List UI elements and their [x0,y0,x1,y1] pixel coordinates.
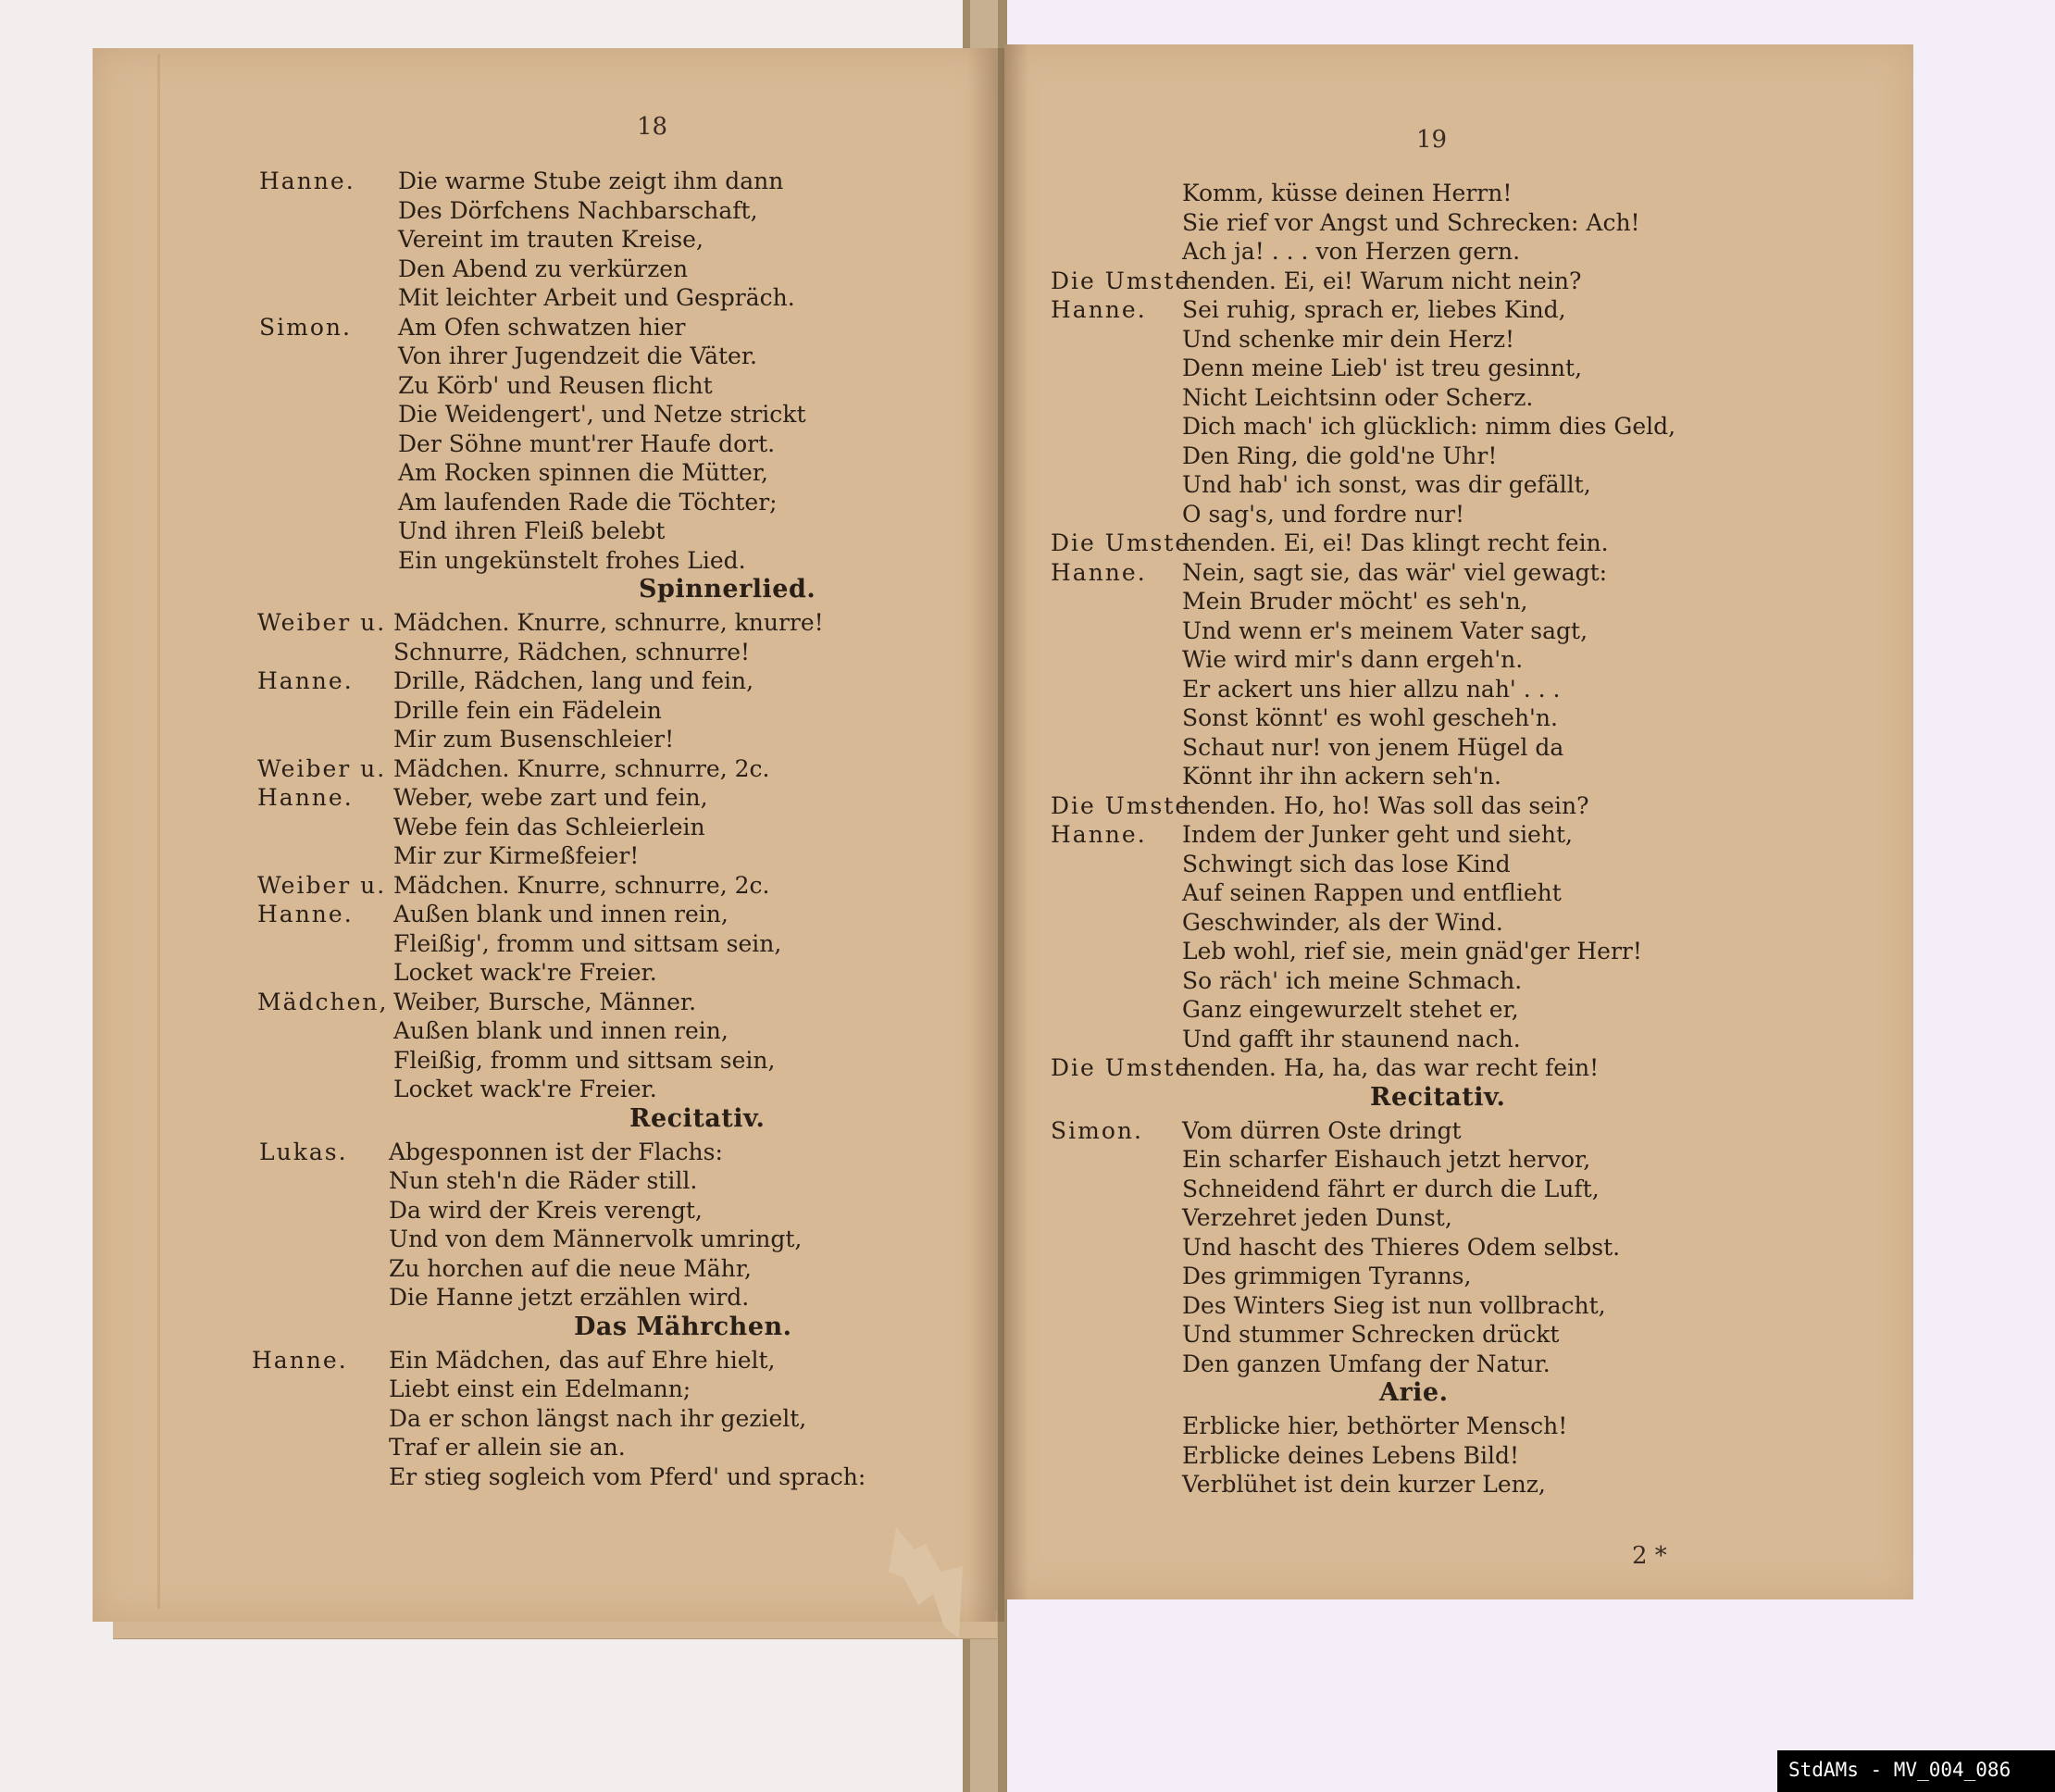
verse-text: Vom dürren Oste dringt [1182,1116,1462,1146]
verse-text: Außen blank und innen rein, [393,900,729,929]
verse-line: Und hascht des Thieres Odem selbst. [1051,1233,1884,1263]
verse-text: Da er schon längst nach ihr gezielt, [389,1404,806,1434]
verse-line: Fleißig', fromm und sittsam sein, [259,929,963,959]
verse-line: Nun steh'n die Räder still. [259,1166,963,1196]
right-spine-shadow [1004,44,1028,1599]
verse-text: Und ihren Fleiß belebt [398,516,665,546]
verse-line: Am Rocken spinnen die Mütter, [259,458,963,488]
speaker-name: Die Umste [1051,1053,1190,1083]
verse-text: Indem der Junker geht und sieht, [1182,820,1573,850]
verse-line: Simon.Am Ofen schwatzen hier [259,313,963,342]
verse-line: Webe fein das Schleierlein [259,813,963,842]
verse-line: Zu Körb' und Reusen flicht [259,371,963,401]
verse-text: Ein Mädchen, das auf Ehre hielt, [389,1346,776,1375]
verse-text: Nun steh'n die Räder still. [389,1166,697,1196]
verse-line: Weiber u.Mädchen. Knurre, schnurre, 2c. [259,871,963,901]
verse-line: Den ganzen Umfang der Natur. [1051,1350,1884,1379]
verse-text: Weiber, Bursche, Männer. [393,988,696,1017]
verse-text: Dich mach' ich glücklich: nimm dies Geld… [1182,412,1675,442]
left-page-text-1: Hanne.Die warme Stube zeigt ihm dannDes … [259,167,963,1491]
verse-line: Nicht Leichtsinn oder Scherz. [1051,383,1884,413]
verse-text: Liebt einst ein Edelmann; [389,1375,691,1404]
verse-text: Locket wack're Freier. [393,1075,657,1104]
verse-text: henden. Ha, ha, das war recht fein! [1182,1053,1599,1083]
verse-text: Locket wack're Freier. [393,958,657,988]
verse-text: Und hascht des Thieres Odem selbst. [1182,1233,1620,1263]
verse-line: Hanne.Indem der Junker geht und sieht, [1051,820,1884,850]
left-page: 18 Hanne.Die warme Stube zeigt ihm dannD… [93,48,995,1622]
verse-line: Den Ring, die gold'ne Uhr! [1051,442,1884,471]
section-heading: Recitativ. [259,1104,963,1138]
verse-text: Am Rocken spinnen die Mütter, [398,458,768,488]
verse-line: Leb wohl, rief sie, mein gnäd'ger Herr! [1051,937,1884,966]
verse-text: Wie wird mir's dann ergeh'n. [1182,645,1523,675]
speaker-name: Weiber u. [257,754,386,784]
verse-line: O sag's, und fordre nur! [1051,500,1884,529]
verse-text: henden. Ei, ei! Das klingt recht fein. [1182,529,1609,558]
page-number-right: 19 [1416,126,1447,154]
verse-text: Er ackert uns hier allzu nah' . . . [1182,675,1560,704]
verse-line: Mir zur Kirmeßfeier! [259,841,963,871]
verse-line: Und gafft ihr staunend nach. [1051,1025,1884,1054]
verse-text: Und von dem Männervolk umringt, [389,1225,802,1254]
verse-line: Des Winters Sieg ist nun vollbracht, [1051,1291,1884,1321]
verse-text: Erblicke hier, bethörter Mensch! [1182,1412,1567,1441]
verse-line: So räch' ich meine Schmach. [1051,966,1884,996]
verse-line: Ein scharfer Eishauch jetzt hervor, [1051,1145,1884,1175]
verse-text: Leb wohl, rief sie, mein gnäd'ger Herr! [1182,937,1642,966]
speaker-name: Lukas. [259,1138,348,1167]
verse-line: Die Umstehenden. Ho, ho! Was soll das se… [1051,791,1884,821]
verse-text: Verblühet ist dein kurzer Lenz, [1182,1470,1546,1500]
verse-line: Verblühet ist dein kurzer Lenz, [1051,1470,1884,1500]
verse-line: Fleißig, fromm und sittsam sein, [259,1046,963,1076]
verse-text: Nicht Leichtsinn oder Scherz. [1182,383,1533,413]
verse-text: Nein, sagt sie, das wär' viel gewagt: [1182,558,1607,588]
verse-line: Von ihrer Jugendzeit die Väter. [259,342,963,371]
speaker-name: Die Umste [1051,791,1190,821]
right-page: 19 Komm, küsse deinen Herrn!Sie rief vor… [1004,44,1913,1599]
verse-text: Abgesponnen ist der Flachs: [389,1138,723,1167]
verse-text: Weber, webe zart und fein, [393,783,708,813]
speaker-name: Simon. [1051,1116,1143,1146]
verse-line: Dich mach' ich glücklich: nimm dies Geld… [1051,412,1884,442]
verse-text: Schnurre, Rädchen, schnurre! [393,638,750,667]
verse-line: Ganz eingewurzelt stehet er, [1051,995,1884,1025]
verse-text: Fleißig', fromm und sittsam sein, [393,929,781,959]
verse-text: Von ihrer Jugendzeit die Väter. [398,342,757,371]
verse-text: Sonst könnt' es wohl gescheh'n. [1182,703,1558,733]
speaker-name: Die Umste [1051,267,1190,296]
verse-line: Am laufenden Rade die Töchter; [259,488,963,517]
archive-label-box: StdAMs - MV_004_086 [1777,1750,2055,1792]
verse-line: Und ihren Fleiß belebt [259,516,963,546]
verse-text: Am laufenden Rade die Töchter; [398,488,778,517]
verse-line: Auf seinen Rappen und entflieht [1051,878,1884,908]
verse-text: Die warme Stube zeigt ihm dann [398,167,783,196]
verse-text: So räch' ich meine Schmach. [1182,966,1522,996]
verse-line: Mein Bruder möcht' es seh'n, [1051,587,1884,616]
verse-text: Zu horchen auf die neue Mähr, [389,1254,752,1284]
verse-text: Mein Bruder möcht' es seh'n, [1182,587,1528,616]
verse-line: Hanne.Nein, sagt sie, das wär' viel gewa… [1051,558,1884,588]
verse-line: Er ackert uns hier allzu nah' . . . [1051,675,1884,704]
verse-text: Schwingt sich das lose Kind [1182,850,1511,879]
verse-line: Die Umstehenden. Ei, ei! Das klingt rech… [1051,529,1884,558]
speaker-name: Die Umste [1051,529,1190,558]
verse-line: Hanne.Ein Mädchen, das auf Ehre hielt, [259,1346,963,1375]
verse-text: Erblicke deines Lebens Bild! [1182,1441,1519,1471]
verse-text: Mir zur Kirmeßfeier! [393,841,639,871]
verse-line: Traf er allein sie an. [259,1433,963,1462]
verse-text: Verzehret jeden Dunst, [1182,1203,1452,1233]
verse-text: Und hab' ich sonst, was dir gefällt, [1182,470,1591,500]
verse-text: Ein ungekünstelt frohes Lied. [398,546,746,576]
verse-line: Des grimmigen Tyranns, [1051,1262,1884,1291]
verse-text: Den Ring, die gold'ne Uhr! [1182,442,1497,471]
verse-text: Den ganzen Umfang der Natur. [1182,1350,1551,1379]
verse-text: Außen blank und innen rein, [393,1016,729,1046]
verse-line: Hanne.Drille, Rädchen, lang und fein, [259,666,963,696]
verse-text: Drille fein ein Fädelein [393,696,662,726]
verse-line: Simon.Vom dürren Oste dringt [1051,1116,1884,1146]
verse-line: Mädchen,Weiber, Bursche, Männer. [259,988,963,1017]
verse-text: Die Hanne jetzt erzählen wird. [389,1283,749,1313]
speaker-name: Weiber u. [257,608,386,638]
verse-text: Sei ruhig, sprach er, liebes Kind, [1182,295,1566,325]
verse-text: Zu Körb' und Reusen flicht [398,371,713,401]
verse-line: Wie wird mir's dann ergeh'n. [1051,645,1884,675]
verse-text: Fleißig, fromm und sittsam sein, [393,1046,775,1076]
verse-text: Mädchen. Knurre, schnurre, 2c. [393,871,769,901]
verse-text: Geschwinder, als der Wind. [1182,908,1503,938]
speaker-name: Hanne. [257,666,354,696]
verse-text: Er stieg sogleich vom Pferd' und sprach: [389,1462,866,1492]
verse-line: Und stummer Schrecken drückt [1051,1320,1884,1350]
verse-text: Schaut nur! von jenem Hügel da [1182,733,1563,763]
verse-text: henden. Ho, ho! Was soll das sein? [1182,791,1589,821]
speaker-name: Hanne. [1051,558,1147,588]
verse-line: Er stieg sogleich vom Pferd' und sprach: [259,1462,963,1492]
verse-text: Könnt ihr ihn ackern seh'n. [1182,762,1501,791]
verse-text: Der Söhne munt'rer Haufe dort. [398,429,775,459]
verse-line: Locket wack're Freier. [259,958,963,988]
verse-line: Den Abend zu verkürzen [259,255,963,284]
verse-line: Denn meine Lieb' ist treu gesinnt, [1051,354,1884,383]
verse-text: Ach ja! . . . von Herzen gern. [1182,237,1520,267]
verse-text: Die Weidengert', und Netze strickt [398,400,806,429]
verse-line: Und wenn er's meinem Vater sagt, [1051,616,1884,646]
verse-text: Webe fein das Schleierlein [393,813,705,842]
verse-line: Hanne.Weber, webe zart und fein, [259,783,963,813]
verse-text: Vereint im trauten Kreise, [398,225,704,255]
verse-line: Des Dörfchens Nachbarschaft, [259,196,963,226]
verse-line: Der Söhne munt'rer Haufe dort. [259,429,963,459]
section-heading: Spinnerlied. [259,575,963,608]
verse-line: Schnurre, Rädchen, schnurre! [259,638,963,667]
verse-text: Sie rief vor Angst und Schrecken: Ach! [1182,208,1640,238]
verse-line: Und von dem Männervolk umringt, [259,1225,963,1254]
verse-line: Hanne.Sei ruhig, sprach er, liebes Kind, [1051,295,1884,325]
verse-line: Schneidend fährt er durch die Luft, [1051,1175,1884,1204]
verse-text: Schneidend fährt er durch die Luft, [1182,1175,1600,1204]
verse-text: Und wenn er's meinem Vater sagt, [1182,616,1588,646]
verse-text: Des grimmigen Tyranns, [1182,1262,1471,1291]
archive-label: StdAMs - MV_004_086 [1788,1759,2011,1781]
speaker-name: Hanne. [252,1346,348,1375]
verse-line: Die Umstehenden. Ei, ei! Warum nicht nei… [1051,267,1884,296]
verse-text: henden. Ei, ei! Warum nicht nein? [1182,267,1581,296]
verse-text: Und gafft ihr staunend nach. [1182,1025,1521,1054]
verse-line: Weiber u.Mädchen. Knurre, schnurre, knur… [259,608,963,638]
verse-line: Hanne.Die warme Stube zeigt ihm dann [259,167,963,196]
verse-line: Da er schon längst nach ihr gezielt, [259,1404,963,1434]
section-heading: Arie. [1051,1378,1884,1412]
verse-line: Vereint im trauten Kreise, [259,225,963,255]
verse-text: Des Dörfchens Nachbarschaft, [398,196,758,226]
verse-line: Geschwinder, als der Wind. [1051,908,1884,938]
verse-line: Locket wack're Freier. [259,1075,963,1104]
section-heading: Das Mährchen. [259,1313,963,1346]
verse-line: Die Hanne jetzt erzählen wird. [259,1283,963,1313]
verse-line: Weiber u.Mädchen. Knurre, schnurre, 2c. [259,754,963,784]
verse-text: Mir zum Busenschleier! [393,725,674,754]
verse-line: Mit leichter Arbeit und Gespräch. [259,283,963,313]
section-heading: Recitativ. [1051,1083,1884,1116]
verse-line: Zu horchen auf die neue Mähr, [259,1254,963,1284]
page-number-left: 18 [637,113,667,141]
verse-text: Ganz eingewurzelt stehet er, [1182,995,1519,1025]
speaker-name: Simon. [259,313,352,342]
speaker-name: Hanne. [259,167,355,196]
verse-text: Mit leichter Arbeit und Gespräch. [398,283,795,313]
verse-line: Die Weidengert', und Netze strickt [259,400,963,429]
verse-line: Mir zum Busenschleier! [259,725,963,754]
verse-line: Sie rief vor Angst und Schrecken: Ach! [1051,208,1884,238]
verse-line: Lukas.Abgesponnen ist der Flachs: [259,1138,963,1167]
verse-text: Komm, küsse deinen Herrn! [1182,179,1512,208]
verse-line: Und hab' ich sonst, was dir gefällt, [1051,470,1884,500]
verse-line: Drille fein ein Fädelein [259,696,963,726]
verse-line: Da wird der Kreis verengt, [259,1196,963,1226]
verse-text: Des Winters Sieg ist nun vollbracht, [1182,1291,1606,1321]
verse-line: Außen blank und innen rein, [259,1016,963,1046]
verse-text: Da wird der Kreis verengt, [389,1196,703,1226]
left-page-inner-fold [157,54,160,1609]
verse-text: Den Abend zu verkürzen [398,255,688,284]
verse-line: Ein ungekünstelt frohes Lied. [259,546,963,576]
verse-line: Hanne.Außen blank und innen rein, [259,900,963,929]
verse-text: O sag's, und fordre nur! [1182,500,1464,529]
verse-text: Traf er allein sie an. [389,1433,626,1462]
verse-line: Erblicke hier, bethörter Mensch! [1051,1412,1884,1441]
verse-line: Ach ja! . . . von Herzen gern. [1051,237,1884,267]
verse-text: Mädchen. Knurre, schnurre, 2c. [393,754,769,784]
verse-line: Die Umstehenden. Ha, ha, das war recht f… [1051,1053,1884,1083]
signature-mark: 2 * [1632,1542,1667,1570]
verse-line: Und schenke mir dein Herz! [1051,325,1884,355]
verse-text: Ein scharfer Eishauch jetzt hervor, [1182,1145,1590,1175]
speaker-name: Hanne. [257,783,354,813]
verse-line: Erblicke deines Lebens Bild! [1051,1441,1884,1471]
verse-text: Mädchen. Knurre, schnurre, knurre! [393,608,824,638]
verse-line: Liebt einst ein Edelmann; [259,1375,963,1404]
verse-line: Könnt ihr ihn ackern seh'n. [1051,762,1884,791]
speaker-name: Hanne. [1051,820,1147,850]
verse-line: Schwingt sich das lose Kind [1051,850,1884,879]
speaker-name: Weiber u. [257,871,386,901]
verse-text: Am Ofen schwatzen hier [398,313,685,342]
verse-text: Und schenke mir dein Herz! [1182,325,1514,355]
spine-shadow [967,48,1004,1622]
verse-line: Verzehret jeden Dunst, [1051,1203,1884,1233]
speaker-name: Hanne. [1051,295,1147,325]
verse-line: Komm, küsse deinen Herrn! [1051,179,1884,208]
speaker-name: Hanne. [257,900,354,929]
verse-text: Denn meine Lieb' ist treu gesinnt, [1182,354,1582,383]
verse-text: Drille, Rädchen, lang und fein, [393,666,753,696]
verse-line: Schaut nur! von jenem Hügel da [1051,733,1884,763]
right-page-text-1: Komm, küsse deinen Herrn!Sie rief vor An… [1051,179,1884,1500]
speaker-name: Mädchen, [257,988,388,1017]
verse-line: Sonst könnt' es wohl gescheh'n. [1051,703,1884,733]
verse-text: Und stummer Schrecken drückt [1182,1320,1559,1350]
verse-text: Auf seinen Rappen und entflieht [1182,878,1562,908]
